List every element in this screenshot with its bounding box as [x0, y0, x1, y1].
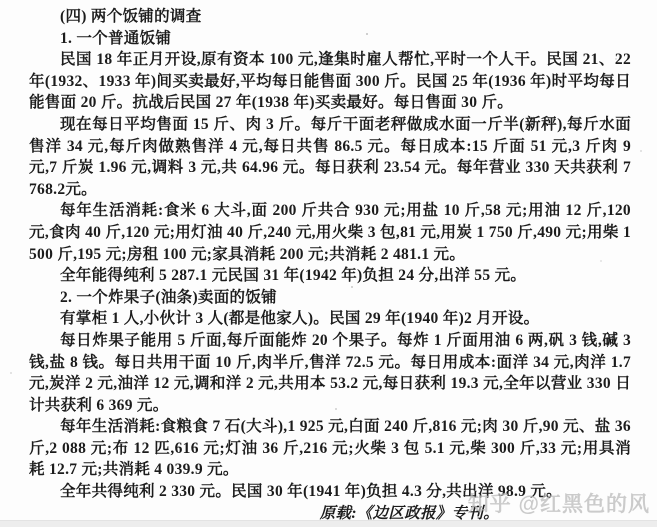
- paragraph: 全年共得纯利 2 330 元。民国 30 年(1941 年)负担 4.3 分,共…: [29, 481, 631, 503]
- subsection-heading-1: 1. 一个普通饭铺: [29, 28, 631, 50]
- paragraph: 现在每日平均售面 15 斤、肉 3 斤。每斤干面老秤做成水面一斤半(新秤),每斤…: [29, 114, 631, 200]
- paragraph: 每年生活消耗:食米 6 大斗,面 200 斤共合 930 元;用盐 10 斤,5…: [29, 200, 631, 265]
- page-edge-strip: [0, 520, 657, 527]
- document-page: (四) 两个饭铺的调查 1. 一个普通饭铺 民国 18 年正月开设,原有资本 1…: [0, 0, 657, 527]
- paragraph: 有掌柜 1 人,小伙计 3 人(都是他家人)。民国 29 年(1940 年)2 …: [29, 308, 631, 330]
- paragraph: 每日炸果子能用 5 斤面,每斤面能炸 20 个果子。每炸 1 斤面用油 6 两,…: [29, 330, 631, 416]
- section-heading: (四) 两个饭铺的调查: [29, 6, 631, 28]
- paragraph: 每年生活消耗:食粮食 7 石(大斗),1 925 元,白面 240 斤,816 …: [29, 416, 631, 481]
- paragraph: 全年能得纯利 5 287.1 元民国 31 年(1942 年)负担 24 分,出…: [29, 265, 631, 287]
- paragraph: 民国 18 年正月开设,原有资本 100 元,逢集时雇人帮忙,平时一个人干。民国…: [29, 49, 631, 114]
- subsection-heading-2: 2. 一个炸果子(油条)卖面的饭铺: [29, 287, 631, 309]
